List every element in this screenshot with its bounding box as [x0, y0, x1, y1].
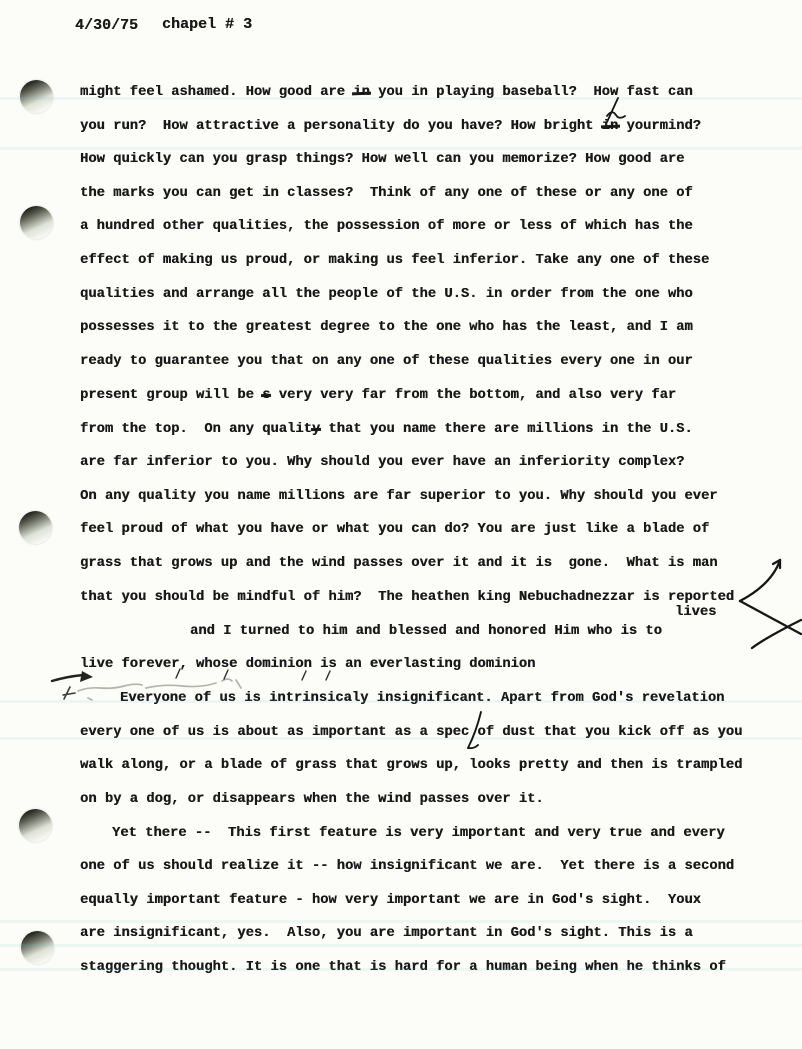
- text-line: on by a dog, or disappears when the wind…: [80, 792, 544, 808]
- header-date: 4/30/75: [75, 17, 138, 34]
- scan-artifact-line: [0, 944, 802, 947]
- struck-text: y: [312, 422, 320, 437]
- text-line: On any quality you name millions are far…: [80, 489, 718, 505]
- text-line: grass that grows up and the wind passes …: [80, 556, 718, 572]
- text-line: How quickly can you grasp things? How we…: [80, 152, 684, 168]
- text-line: one of us should realize it -- how insig…: [80, 859, 734, 875]
- text-line: every one of us is about as important as…: [80, 725, 742, 741]
- punch-hole: [19, 511, 52, 544]
- struck-text: in: [602, 119, 619, 134]
- reported-arrow-icon: [740, 560, 801, 648]
- text-line: possesses it to the greatest degree to t…: [80, 320, 693, 336]
- text-line: effect of making us proud, or making us …: [80, 253, 709, 269]
- struck-text: in: [353, 85, 370, 100]
- text-line: feel proud of what you have or what you …: [80, 522, 709, 538]
- text-line: qualities and arrange all the people of …: [80, 287, 693, 303]
- text-line: might feel ashamed. How good are in you …: [80, 85, 693, 101]
- text-line: are far inferior to you. Why should you …: [80, 455, 684, 471]
- text-line: present group will be s very very far fr…: [80, 388, 676, 404]
- text-line: and I turned to him and blessed and hono…: [190, 624, 662, 640]
- punch-hole: [20, 80, 53, 113]
- text-line: walk along, or a blade of grass that gro…: [80, 758, 742, 774]
- text-line: a hundred other qualities, the possessio…: [80, 219, 693, 235]
- text-line: lives: [675, 605, 716, 621]
- text-line: equally important feature - how very imp…: [80, 893, 701, 909]
- document-page: 4/30/75 chapel # 3 might feel ashamed. H…: [0, 0, 802, 1049]
- margin-ink-arrow-icon: [52, 671, 93, 699]
- text-line: live forever, whose dominion is an everl…: [80, 657, 535, 673]
- punch-hole: [21, 931, 54, 964]
- text-line: staggering thought. It is one that is ha…: [80, 960, 726, 976]
- struck-text: s: [262, 388, 270, 403]
- text-line: are insignificant, yes. Also, you are im…: [80, 926, 693, 942]
- text-line: ready to guarantee you that on any one o…: [80, 354, 693, 370]
- punch-hole: [19, 809, 52, 842]
- text-line: from the top. On any quality that you na…: [80, 422, 693, 438]
- header-title: chapel # 3: [162, 16, 252, 33]
- punch-hole: [20, 206, 53, 239]
- scan-artifact-line: [0, 920, 802, 923]
- text-line: Everyone of us is intrinsicaly insignifi…: [120, 691, 724, 707]
- text-line: Yet there -- This first feature is very …: [112, 826, 725, 842]
- text-line: the marks you can get in classes? Think …: [80, 186, 693, 202]
- text-line: you run? How attractive a personality do…: [80, 119, 701, 135]
- text-line: that you should be mindful of him? The h…: [80, 590, 734, 606]
- scan-artifact-line: [0, 147, 802, 150]
